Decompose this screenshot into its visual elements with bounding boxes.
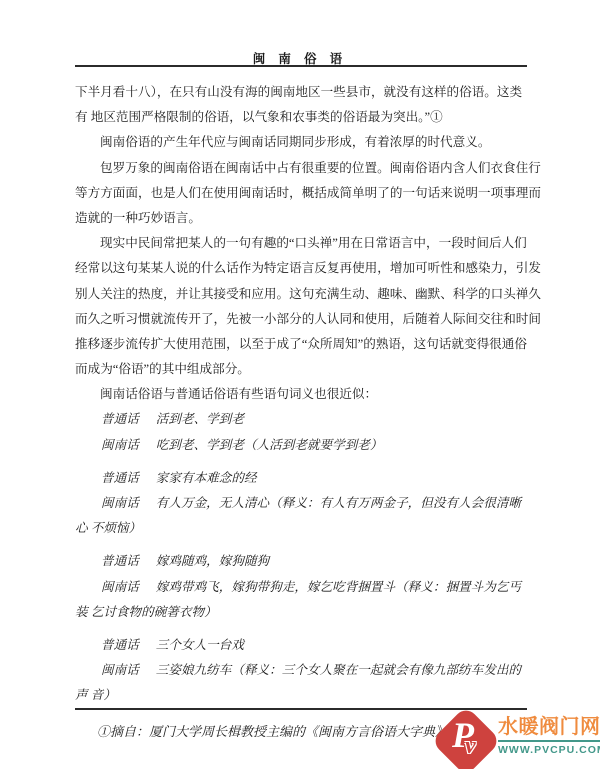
body-line: 推移逐步流传扩大使用范围，以至于成了“众所周知”的熟语，这句话就变得很通俗 — [75, 332, 545, 357]
body-line: 而久之听习惯就流传开了，先被一小部分的人认同和使用，后随着人际间交往和时间 — [75, 307, 545, 332]
pv-monogram-icon: P v — [441, 714, 491, 768]
minnan-text: 三姿娘九纺车（释义：三个女人聚在一起就会有像九部纺车发出的 — [156, 663, 521, 677]
mandarin-label: 普通话 — [101, 471, 139, 485]
site-logo[interactable]: P v 水暖阀门网 WWW.PVCPU.COM — [436, 712, 600, 769]
minnan-text: 吃到老、学到老（人活到老就要学到老） — [156, 438, 383, 452]
saying-mandarin-row: 普通话活到老、学到老 — [75, 407, 545, 432]
minnan-label: 闽南话 — [101, 438, 139, 452]
body-line: 经常以这句某某人说的什么话作为特定语言反复再使用，增加可听性和感染力，引发 — [75, 256, 545, 281]
mandarin-text: 家家有本难念的经 — [156, 471, 257, 485]
footer-rule — [75, 708, 527, 710]
body-line: 有 地区范围严格限制的俗语，以气象和农事类的俗语最为突出。”① — [75, 105, 545, 130]
saying-minnan-row: 闽南话有人万金，无人清心（释义：有人有万两金子，但没有人会很清晰 — [75, 491, 545, 516]
saying-minnan-continuation: 声 音） — [75, 683, 545, 708]
site-url[interactable]: WWW.PVCPU.COM — [498, 740, 600, 756]
minnan-text: 有人万金，无人清心（释义：有人有万两金子，但没有人会很清晰 — [156, 496, 521, 510]
mandarin-label: 普通话 — [101, 412, 139, 426]
mandarin-label: 普通话 — [101, 554, 139, 568]
body-line: 闽南话俗语与普通话俗语有些语句词义也很近似： — [75, 382, 545, 407]
body-line: 而成为“俗语”的其中组成部分。 — [75, 357, 545, 382]
saying-mandarin-row: 普通话嫁鸡随鸡，嫁狗随狗 — [75, 549, 545, 574]
page-title: 闽 南 俗 语 — [253, 52, 347, 66]
body-line: 下半月看十八），在只有山没有海的闽南地区一些县市，就没有这样的俗语。这类 — [75, 80, 545, 105]
saying-mandarin-row: 普通话三个女人一台戏 — [75, 633, 545, 658]
body-line: 包罗万象的闽南俗语在闽南话中占有很重要的位置。闽南俗语内含人们衣食住行 — [75, 156, 545, 181]
document-page: 闽 南 俗 语 下半月看十八），在只有山没有海的闽南地区一些县市，就没有这样的俗… — [0, 0, 600, 769]
saying-minnan-row: 闽南话嫁鸡带鸡飞，嫁狗带狗走，嫁乞吃背捆置斗（释义：捆置斗为乞丐 — [75, 575, 545, 600]
mandarin-text: 嫁鸡随鸡，嫁狗随狗 — [156, 554, 269, 568]
body-line: 造就的一种巧妙语言。 — [75, 206, 545, 231]
body-line: 闽南俗语的产生年代应与闽南话同期同步形成，有着浓厚的时代意义。 — [75, 130, 545, 155]
mandarin-label: 普通话 — [101, 638, 139, 652]
minnan-text: 嫁鸡带鸡飞，嫁狗带狗走，嫁乞吃背捆置斗（释义：捆置斗为乞丐 — [156, 580, 521, 594]
minnan-label: 闽南话 — [101, 496, 139, 510]
mandarin-text: 活到老、学到老 — [156, 412, 244, 426]
saying-minnan-continuation: 装 乞讨食物的碗箸衣物） — [75, 600, 545, 625]
body-line: 别人关注的热度，并让其接受和应用。这句充满生动、趣味、幽默、科学的口头禅久 — [75, 282, 545, 307]
header-rule — [75, 65, 527, 67]
saying-minnan-continuation: 心 不烦恼） — [75, 516, 545, 541]
logo-letter-v: v — [465, 734, 476, 758]
body-line: 现实中民间常把某人的一句有趣的“口头禅”用在日常语言中，一段时间后人们 — [75, 231, 545, 256]
saying-mandarin-row: 普通话家家有本难念的经 — [75, 466, 545, 491]
saying-minnan-row: 闽南话三姿娘九纺车（释义：三个女人聚在一起就会有像九部纺车发出的 — [75, 658, 545, 683]
site-name: 水暖阀门网 — [498, 715, 600, 739]
minnan-label: 闽南话 — [101, 580, 139, 594]
mandarin-text: 三个女人一台戏 — [156, 638, 244, 652]
saying-minnan-row: 闽南话吃到老、学到老（人活到老就要学到老） — [75, 433, 545, 458]
document-body: 下半月看十八），在只有山没有海的闽南地区一些县市，就没有这样的俗语。这类 有 地… — [75, 80, 545, 709]
minnan-label: 闽南话 — [101, 663, 139, 677]
logo-text-block: 水暖阀门网 WWW.PVCPU.COM — [498, 715, 600, 756]
body-line: 等方方面面，也是人们在使用闽南话时，概括成简单明了的一句话来说明一项事理而 — [75, 181, 545, 206]
footnote: ①摘自：厦门大学周长楫教授主编的《闽南方言俗语大字典》“前言” — [97, 721, 488, 740]
